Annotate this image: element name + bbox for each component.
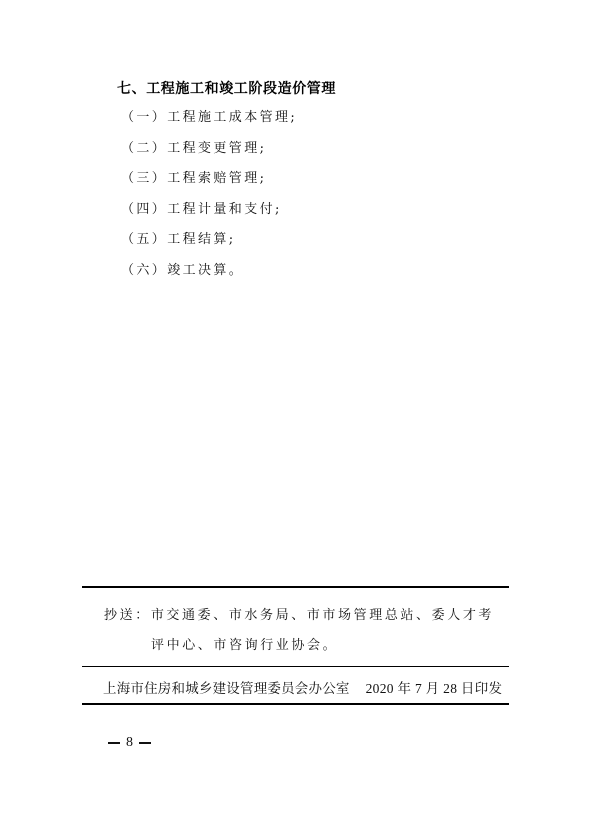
item-number: （四） bbox=[121, 202, 167, 217]
issuer-line: 上海市住房和城乡建设管理委员会办公室2020 年 7 月 28 日印发 bbox=[103, 677, 502, 697]
middle-divider bbox=[82, 666, 509, 667]
bottom-divider bbox=[82, 703, 509, 705]
list-item: （五）工程结算; bbox=[121, 231, 297, 262]
item-text: 工程计量和支付; bbox=[167, 202, 282, 217]
item-text: 竣工决算。 bbox=[167, 263, 244, 278]
item-text: 工程施工成本管理; bbox=[167, 110, 297, 125]
issuer-organization: 上海市住房和城乡建设管理委员会办公室 bbox=[103, 681, 350, 696]
item-text: 工程索赔管理; bbox=[167, 171, 266, 186]
cc-recipients-1: 市交通委、市水务局、市市场管理总站、委人才考 bbox=[151, 608, 494, 623]
item-number: （六） bbox=[121, 263, 167, 278]
issue-date: 2020 年 7 月 28 日印发 bbox=[366, 681, 503, 696]
cc-line-1: 抄送：市交通委、市水务局、市市场管理总站、委人才考 bbox=[104, 601, 494, 631]
page-number-value: 8 bbox=[126, 735, 133, 750]
item-number: （二） bbox=[121, 141, 167, 156]
cc-line-2: 评中心、市咨询行业协会。 bbox=[104, 631, 494, 661]
document-page: 七、工程施工和竣工阶段造价管理 （一）工程施工成本管理; （二）工程变更管理; … bbox=[0, 0, 590, 835]
dash-right bbox=[139, 742, 151, 744]
top-divider bbox=[82, 586, 509, 588]
item-list: （一）工程施工成本管理; （二）工程变更管理; （三）工程索赔管理; （四）工程… bbox=[121, 109, 297, 292]
list-item: （三）工程索赔管理; bbox=[121, 170, 297, 201]
item-number: （三） bbox=[121, 171, 167, 186]
page-number: 8 bbox=[102, 735, 157, 751]
cc-block: 抄送：市交通委、市水务局、市市场管理总站、委人才考 评中心、市咨询行业协会。 bbox=[104, 601, 494, 661]
list-item: （一）工程施工成本管理; bbox=[121, 109, 297, 140]
list-item: （四）工程计量和支付; bbox=[121, 201, 297, 232]
item-number: （一） bbox=[121, 110, 167, 125]
item-text: 工程结算; bbox=[167, 232, 235, 247]
dash-left bbox=[108, 742, 120, 744]
list-item: （六）竣工决算。 bbox=[121, 262, 297, 293]
item-text: 工程变更管理; bbox=[167, 141, 266, 156]
list-item: （二）工程变更管理; bbox=[121, 140, 297, 171]
section-heading: 七、工程施工和竣工阶段造价管理 bbox=[117, 78, 336, 98]
cc-label: 抄送： bbox=[104, 608, 151, 623]
item-number: （五） bbox=[121, 232, 167, 247]
